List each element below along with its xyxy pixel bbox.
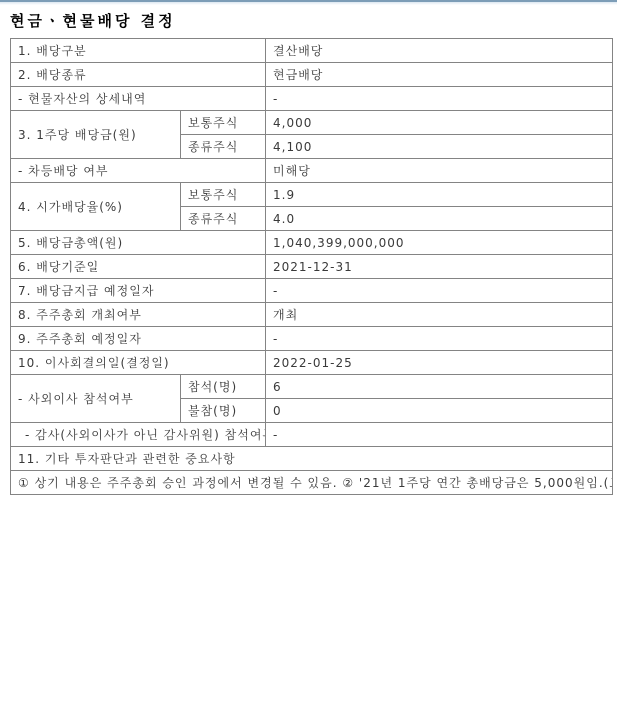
- table-row: ① 상기 내용은 주주총회 승인 과정에서 변경될 수 있음. ② '21년 1…: [11, 471, 613, 495]
- table-row: 10. 이사회결의일(결정일) 2022-01-25: [11, 351, 613, 375]
- table-row: 6. 배당기준일 2021-12-31: [11, 255, 613, 279]
- row-label: 5. 배당금총액(원): [11, 231, 266, 255]
- row-value: 개최: [266, 303, 613, 327]
- row-label: 2. 배당종류: [11, 63, 266, 87]
- row-label: 3. 1주당 배당금(원): [11, 111, 181, 159]
- row-label: - 감사(사외이사가 아닌 감사위원) 참석여부: [11, 423, 266, 447]
- sub-label: 종류주식: [181, 135, 266, 159]
- sub-label: 보통주식: [181, 183, 266, 207]
- sub-label: 불참(명): [181, 399, 266, 423]
- row-value: 미해당: [266, 159, 613, 183]
- table-row: 3. 1주당 배당금(원) 보통주식 4,000: [11, 111, 613, 135]
- sub-label: 보통주식: [181, 111, 266, 135]
- table-row: 8. 주주총회 개최여부 개최: [11, 303, 613, 327]
- table-row: - 차등배당 여부 미해당: [11, 159, 613, 183]
- sub-label: 종류주식: [181, 207, 266, 231]
- notes-block: ① 상기 내용은 주주총회 승인 과정에서 변경될 수 있음. ② '21년 1…: [11, 471, 613, 495]
- table-row: - 사외이사 참석여부 참석(명) 6: [11, 375, 613, 399]
- row-label: - 사외이사 참석여부: [11, 375, 181, 423]
- table-row: 4. 시가배당율(%) 보통주식 1.9: [11, 183, 613, 207]
- table-row: 1. 배당구분 결산배당: [11, 39, 613, 63]
- row-value: -: [266, 423, 613, 447]
- table-row: 5. 배당금총액(원) 1,040,399,000,000: [11, 231, 613, 255]
- row-label: 9. 주주총회 예정일자: [11, 327, 266, 351]
- row-value: 4.0: [266, 207, 613, 231]
- dividend-decision-table: 1. 배당구분 결산배당 2. 배당종류 현금배당 - 현물자산의 상세내역 -…: [10, 38, 613, 495]
- row-label: 10. 이사회결의일(결정일): [11, 351, 266, 375]
- top-border-fade: [0, 2, 617, 5]
- row-value: 1,040,399,000,000: [266, 231, 613, 255]
- row-value: 2021-12-31: [266, 255, 613, 279]
- row-label: 7. 배당금지급 예정일자: [11, 279, 266, 303]
- table-row: 2. 배당종류 현금배당: [11, 63, 613, 87]
- row-label: 4. 시가배당율(%): [11, 183, 181, 231]
- row-value: -: [266, 87, 613, 111]
- table-row: 9. 주주총회 예정일자 -: [11, 327, 613, 351]
- row-label: 1. 배당구분: [11, 39, 266, 63]
- row-label: 8. 주주총회 개최여부: [11, 303, 266, 327]
- table-row: 11. 기타 투자판단과 관련한 중요사항: [11, 447, 613, 471]
- row-value: 6: [266, 375, 613, 399]
- row-value: -: [266, 279, 613, 303]
- row-value: 0: [266, 399, 613, 423]
- table-row: - 감사(사외이사가 아닌 감사위원) 참석여부 -: [11, 423, 613, 447]
- row-value: 현금배당: [266, 63, 613, 87]
- row-value: 4,100: [266, 135, 613, 159]
- sub-label: 참석(명): [181, 375, 266, 399]
- row-label: - 차등배당 여부: [11, 159, 266, 183]
- section-header: 11. 기타 투자판단과 관련한 중요사항: [11, 447, 613, 471]
- row-label: - 현물자산의 상세내역: [11, 87, 266, 111]
- row-value: 2022-01-25: [266, 351, 613, 375]
- table-row: 7. 배당금지급 예정일자 -: [11, 279, 613, 303]
- row-value: -: [266, 327, 613, 351]
- table-row: - 현물자산의 상세내역 -: [11, 87, 613, 111]
- row-value: 4,000: [266, 111, 613, 135]
- row-value: 1.9: [266, 183, 613, 207]
- row-value: 결산배당: [266, 39, 613, 63]
- page-title: 현금ㆍ현물배당 결정: [10, 12, 617, 30]
- row-label: 6. 배당기준일: [11, 255, 266, 279]
